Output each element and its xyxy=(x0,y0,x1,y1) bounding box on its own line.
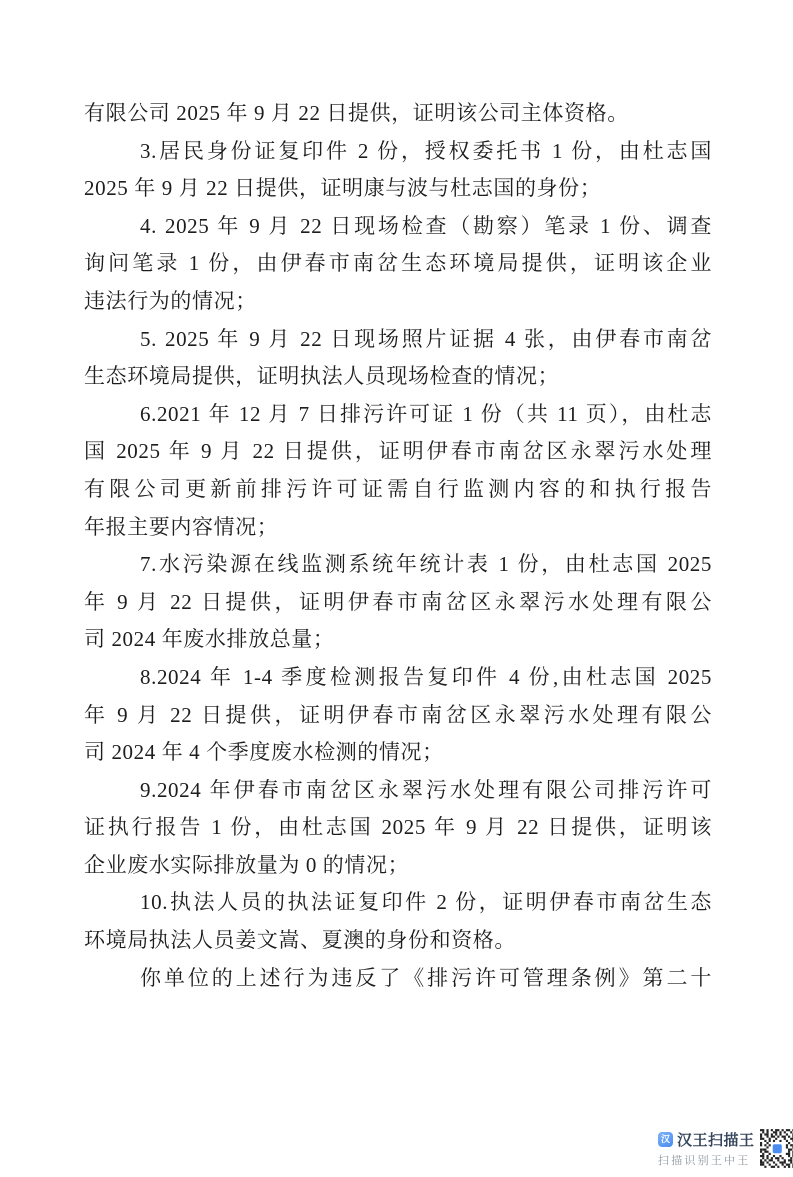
text-line: 年 9 月 22 日提供，证明伊春市南岔区永翠污水处理有限公 xyxy=(84,697,712,735)
text-line: 企业废水实际排放量为 0 的情况； xyxy=(84,847,712,885)
text-line: 环境局执法人员姜文嵩、夏澳的身份和资格。 xyxy=(84,922,712,960)
text-line: 证执行报告 1 份，由杜志国 2025 年 9 月 22 日提供，证明该 xyxy=(84,809,712,847)
hanvon-scanner-watermark: 汉 汉王扫描王 扫描识别王中王 xyxy=(658,1127,793,1170)
text-line: 7.水污染源在线监测系统年统计表 1 份，由杜志国 2025 xyxy=(84,546,712,584)
paragraph-item-6: 6.2021 年 12 月 7 日排污许可证 1 份（共 11 页），由杜志 国… xyxy=(84,396,712,546)
scanned-document-page: 有限公司 2025 年 9 月 22 日提供，证明该公司主体资格。 3.居民身份… xyxy=(0,0,793,1177)
watermark-text-block: 汉 汉王扫描王 扫描识别王中王 xyxy=(658,1131,755,1168)
paragraph-item-7: 7.水污染源在线监测系统年统计表 1 份，由杜志国 2025 年 9 月 22 … xyxy=(84,546,712,659)
text-line: 年报主要内容情况； xyxy=(84,509,712,547)
watermark-app-name: 汉王扫描王 xyxy=(677,1129,755,1150)
qr-center-logo xyxy=(772,1144,782,1154)
watermark-title-row: 汉 汉王扫描王 xyxy=(658,1131,755,1148)
paragraph-item-10: 10.执法人员的执法证复印件 2 份，证明伊春市南岔生态 环境局执法人员姜文嵩、… xyxy=(84,884,712,959)
text-line: 询问笔录 1 份，由伊春市南岔生态环境局提供，证明该企业 xyxy=(84,245,712,283)
document-text: 有限公司 2025 年 9 月 22 日提供，证明该公司主体资格。 3.居民身份… xyxy=(84,95,712,997)
text-line: 9.2024 年伊春市南岔区永翠污水处理有限公司排污许可 xyxy=(84,772,712,810)
text-line: 年 9 月 22 日提供，证明伊春市南岔区永翠污水处理有限公 xyxy=(84,584,712,622)
text-line: 4. 2025 年 9 月 22 日现场检查（勘察）笔录 1 份、调查 xyxy=(84,208,712,246)
text-line: 3.居民身份证复印件 2 份，授权委托书 1 份，由杜志国 xyxy=(84,133,712,171)
paragraph-item-9: 9.2024 年伊春市南岔区永翠污水处理有限公司排污许可 证执行报告 1 份，由… xyxy=(84,772,712,885)
text-line: 6.2021 年 12 月 7 日排污许可证 1 份（共 11 页），由杜志 xyxy=(84,396,712,434)
text-line: 5. 2025 年 9 月 22 日现场照片证据 4 张，由伊春市南岔 xyxy=(84,321,712,359)
paragraph-closing: 你单位的上述行为违反了《排污许可管理条例》第二十 xyxy=(84,960,712,998)
text-line: 8.2024 年 1-4 季度检测报告复印件 4 份,由杜志国 2025 xyxy=(84,659,712,697)
text-line: 你单位的上述行为违反了《排污许可管理条例》第二十 xyxy=(84,960,712,998)
text-line: 司 2024 年废水排放总量； xyxy=(84,621,712,659)
text-line: 国 2025 年 9 月 22 日提供，证明伊春市南岔区永翠污水处理 xyxy=(84,433,712,471)
text-line: 司 2024 年 4 个季度废水检测的情况； xyxy=(84,734,712,772)
text-line: 有限公司更新前排污许可证需自行监测内容的和执行报告 xyxy=(84,471,712,509)
paragraph-item-3: 3.居民身份证复印件 2 份，授权委托书 1 份，由杜志国 2025 年 9 月… xyxy=(84,133,712,208)
text-line: 10.执法人员的执法证复印件 2 份，证明伊春市南岔生态 xyxy=(84,884,712,922)
text-line: 生态环境局提供，证明执法人员现场检查的情况； xyxy=(84,358,712,396)
qr-code-icon xyxy=(760,1127,793,1170)
paragraph-item-5: 5. 2025 年 9 月 22 日现场照片证据 4 张，由伊春市南岔 生态环境… xyxy=(84,321,712,396)
hanvon-app-icon: 汉 xyxy=(658,1132,673,1147)
watermark-slogan: 扫描识别王中王 xyxy=(658,1152,755,1168)
paragraph-continuation: 有限公司 2025 年 9 月 22 日提供，证明该公司主体资格。 xyxy=(84,95,712,133)
text-line: 有限公司 2025 年 9 月 22 日提供，证明该公司主体资格。 xyxy=(84,95,712,133)
paragraph-item-4: 4. 2025 年 9 月 22 日现场检查（勘察）笔录 1 份、调查 询问笔录… xyxy=(84,208,712,321)
paragraph-item-8: 8.2024 年 1-4 季度检测报告复印件 4 份,由杜志国 2025 年 9… xyxy=(84,659,712,772)
text-line: 违法行为的情况； xyxy=(84,283,712,321)
text-line: 2025 年 9 月 22 日提供，证明康与波与杜志国的身份； xyxy=(84,170,712,208)
